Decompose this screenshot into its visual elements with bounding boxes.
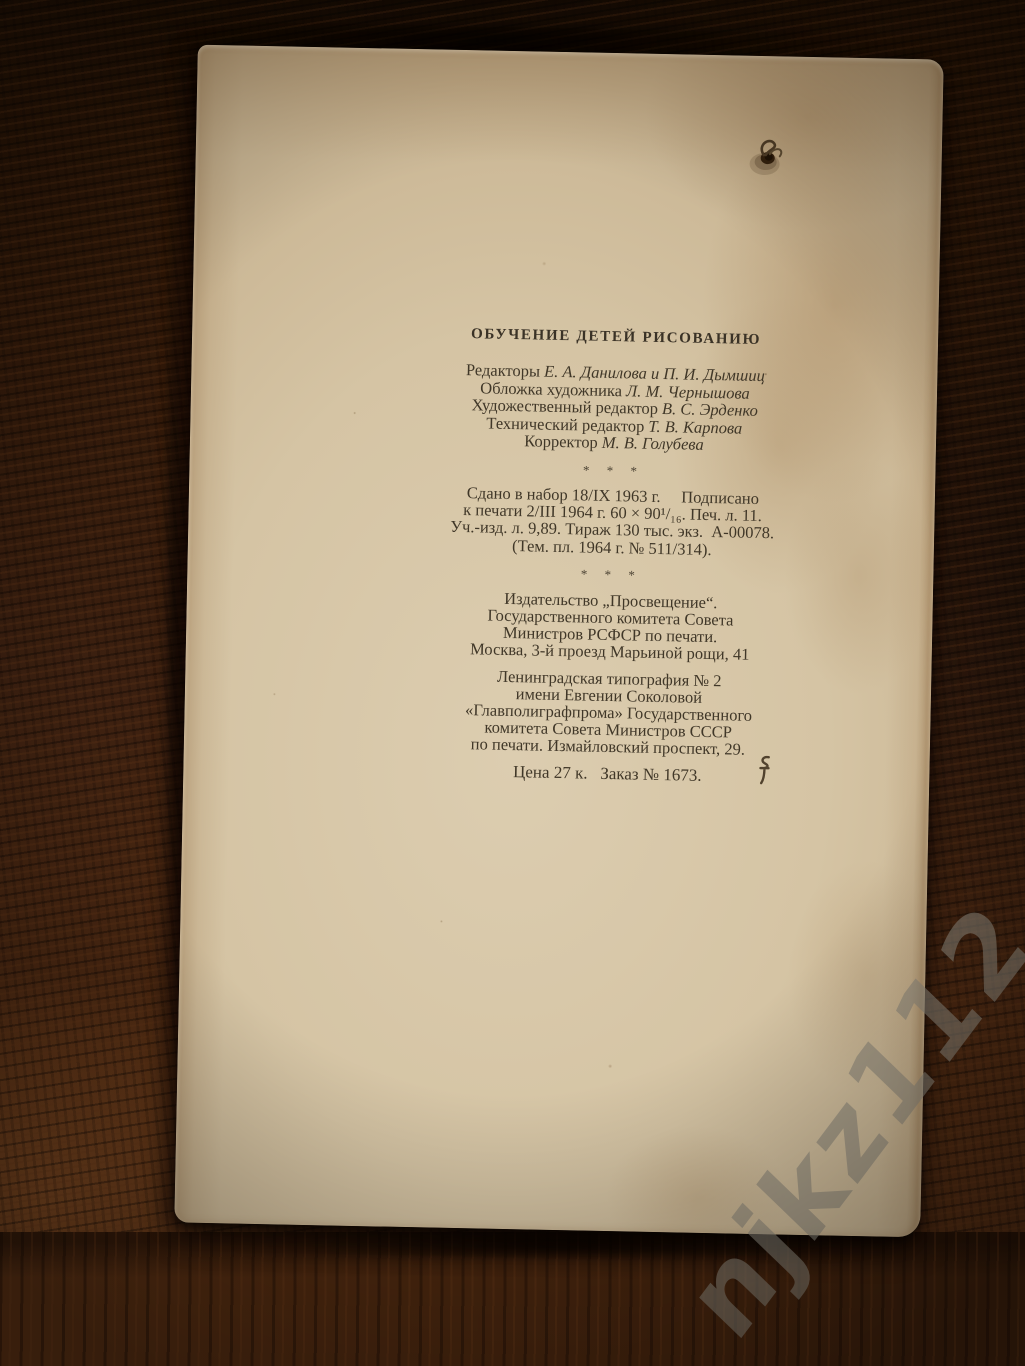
colophon-text-block: ОБУЧЕНИЕ ДЕТЕЙ РИСОВАНИЮ РедакторыЕ. А. …: [371, 324, 852, 789]
binding-hole-with-thread-icon: [747, 132, 792, 183]
imprint-block: Сдано в набор 18/IX 1963 г. Подписано к …: [376, 482, 849, 561]
asterisk-separator: * * *: [375, 563, 847, 585]
staff-names: М. В. Голубева: [602, 433, 704, 454]
printing-house-block: Ленинградская типография № 2 имени Евген…: [372, 666, 846, 760]
photo-scene: ОБУЧЕНИЕ ДЕТЕЙ РИСОВАНИЮ РедакторыЕ. А. …: [0, 0, 1025, 1366]
publisher-block: Издательство „Просвещение“. Государствен…: [374, 588, 847, 665]
asterisk-separator: * * *: [377, 459, 849, 481]
staff-role: Корректор: [524, 431, 598, 451]
ink-mark: [755, 754, 776, 786]
staff-credits: РедакторыЕ. А. Данилова и П. И. Дымшиц О…: [378, 359, 852, 456]
